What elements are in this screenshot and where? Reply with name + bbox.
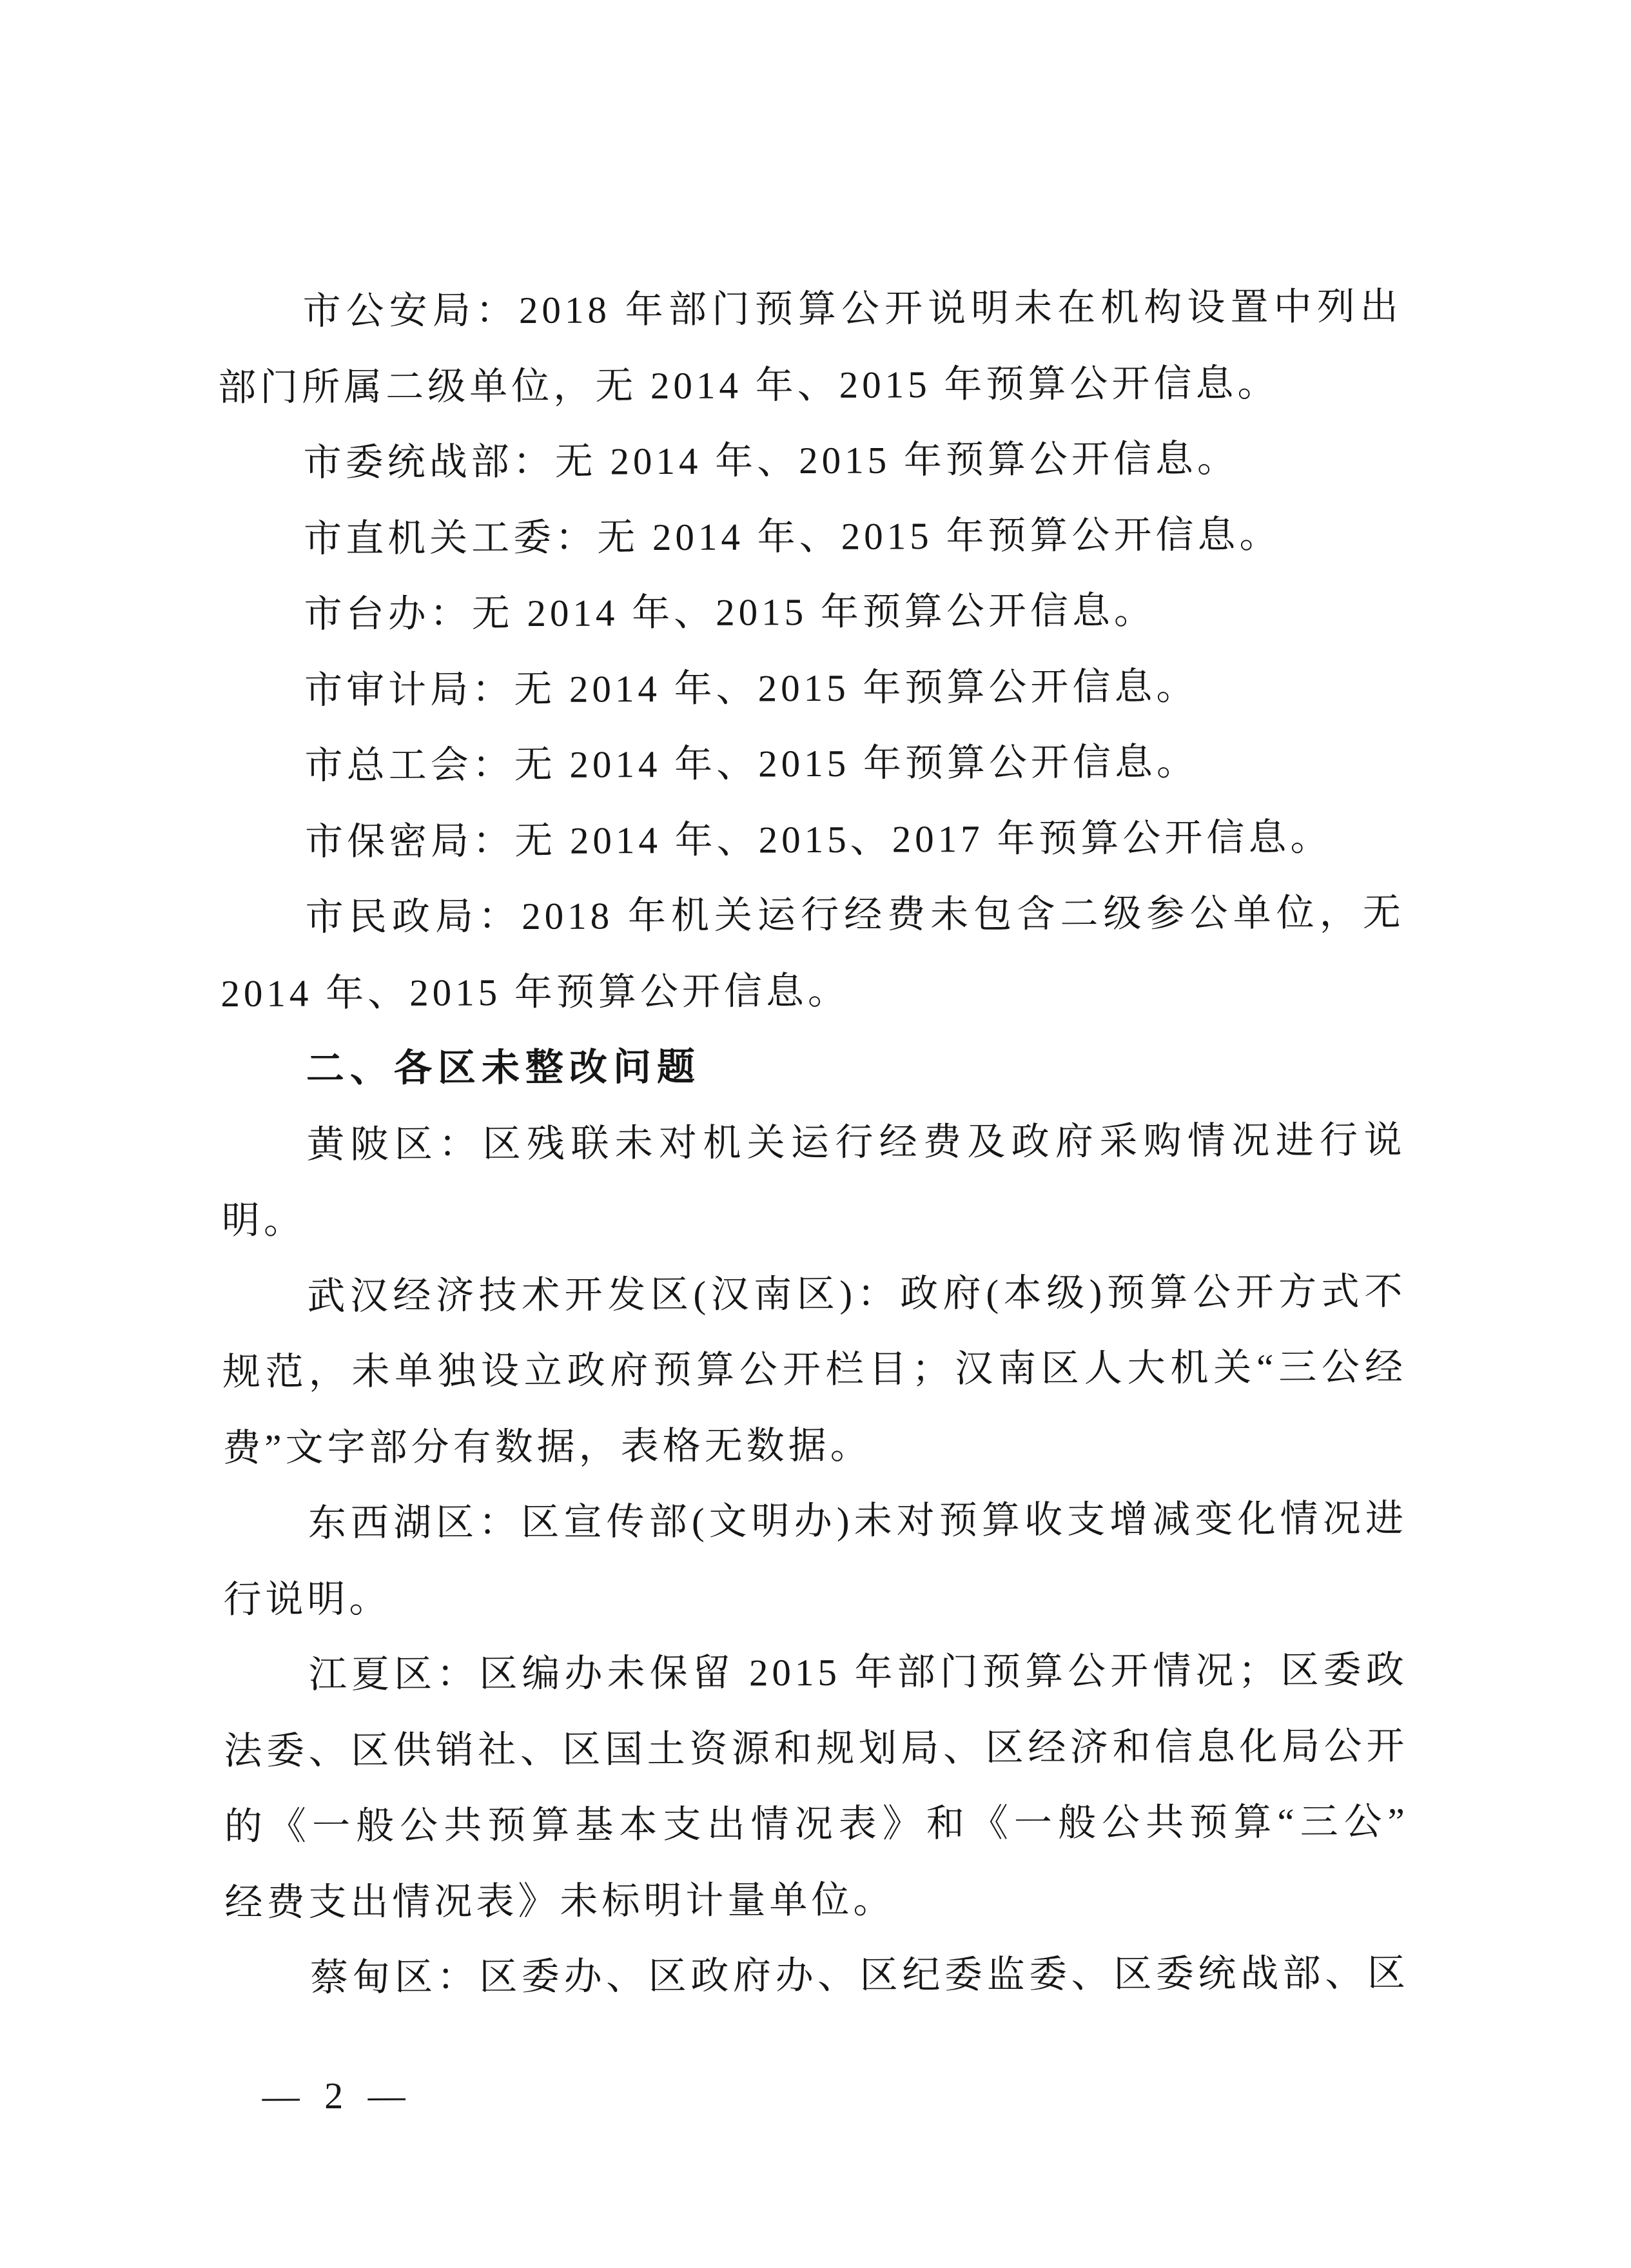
text-line: 市公安局：2018 年部门预算公开说明未在机构设置中列出 bbox=[217, 269, 1401, 350]
text-line: 法委、区供销社、区国土资源和规划局、区经济和信息化局公开 bbox=[224, 1708, 1408, 1789]
text-line: 江夏区：区编办未保留 2015 年部门预算公开情况；区委政 bbox=[224, 1632, 1408, 1714]
text-line: 市民政局：2018 年机关运行经费未包含二级参公单位，无 bbox=[220, 875, 1405, 956]
text-line: 2014 年、2015 年预算公开信息。 bbox=[220, 951, 1405, 1032]
text-line: 经费支出情况表》未标明计量单位。 bbox=[224, 1859, 1409, 1941]
text-line: 市审计局：无 2014 年、2015 年预算公开信息。 bbox=[219, 648, 1403, 729]
text-line: 的《一般公共预算基本支出情况表》和《一般公共预算“三公” bbox=[224, 1784, 1409, 1865]
section-heading: 二、各区未整改问题 bbox=[221, 1026, 1405, 1108]
text-line: 市总工会：无 2014 年、2015 年预算公开信息。 bbox=[220, 723, 1404, 805]
text-line: 市保密局：无 2014 年、2015、2017 年预算公开信息。 bbox=[220, 799, 1404, 881]
text-line: 行说明。 bbox=[223, 1557, 1407, 1638]
text-line: 黄陂区：区残联未对机关运行经费及政府采购情况进行说 bbox=[221, 1102, 1405, 1184]
text-line: 市台办：无 2014 年、2015 年预算公开信息。 bbox=[219, 572, 1403, 653]
text-line: 蔡甸区：区委办、区政府办、区纪委监委、区委统战部、区 bbox=[225, 1935, 1409, 2017]
text-line: 武汉经济技术开发区(汉南区)：政府(本级)预算公开方式不 bbox=[222, 1254, 1406, 1335]
text-line: 市委统战部：无 2014 年、2015 年预算公开信息。 bbox=[218, 420, 1402, 502]
body-text: 市公安局：2018 年部门预算公开说明未在机构设置中列出部门所属二级单位，无 2… bbox=[217, 269, 1409, 2016]
text-line: 费”文字部分有数据，表格无数据。 bbox=[222, 1405, 1407, 1487]
text-line: 明。 bbox=[222, 1178, 1406, 1259]
text-line: 市直机关工委：无 2014 年、2015 年预算公开信息。 bbox=[219, 496, 1403, 578]
text-line: 部门所属二级单位，无 2014 年、2015 年预算公开信息。 bbox=[218, 345, 1402, 426]
document-page: 市公安局：2018 年部门预算公开说明未在机构设置中列出部门所属二级单位，无 2… bbox=[0, 0, 1631, 2268]
text-line: 规范，未单独设立政府预算公开栏目；汉南区人大机关“三公经 bbox=[222, 1329, 1407, 1411]
page-number: — 2 — bbox=[262, 2070, 413, 2122]
text-line: 东西湖区：区宣传部(文明办)未对预算收支增减变化情况进 bbox=[223, 1481, 1407, 1562]
scan-content: 市公安局：2018 年部门预算公开说明未在机构设置中列出部门所属二级单位，无 2… bbox=[0, 0, 1631, 2268]
